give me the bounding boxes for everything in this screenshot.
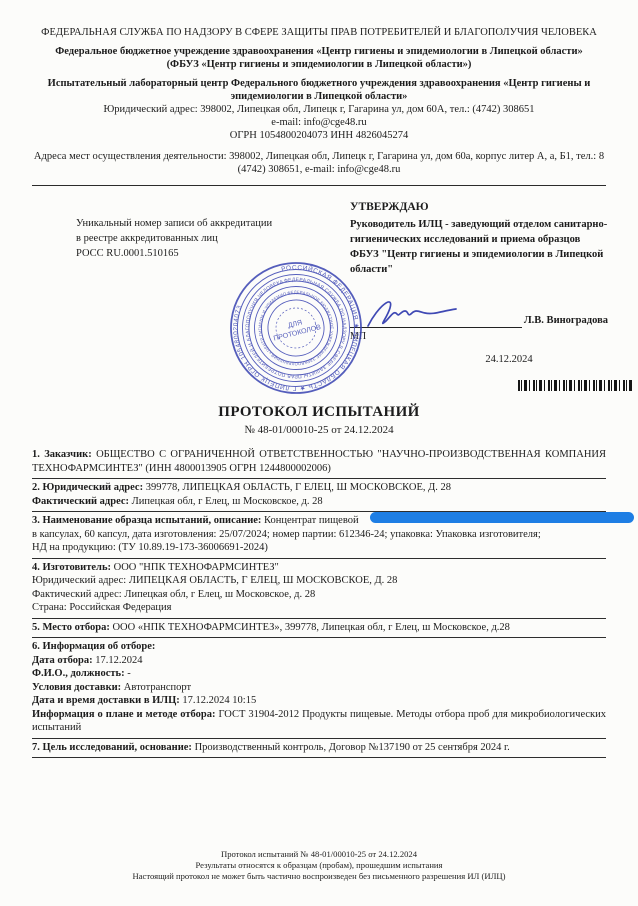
section3-nd-line: НД на продукцию: (ТУ 10.89.19-173-360066… [32,541,606,555]
section4-fact-label: Фактический адрес: [32,589,122,600]
section4-legal-label: Юридический адрес: [32,575,126,586]
section7-text: Производственный контроль, Договор №1371… [195,742,510,753]
section4-label: 4. Изготовитель: [32,562,111,573]
delivery-conditions-value: Автотранспорт [124,682,191,693]
document-number: № 48-01/00010-25 от 24.12.2024 [32,424,606,436]
section-sampling-info: 6. Информация об отборе: Дата отбора: 17… [32,638,606,739]
section4-fact-text: Липецкая обл, г Елец, ш Московское, д. 2… [124,589,315,600]
section1-label: 1. Заказчик: [32,449,92,460]
accreditation-block: Уникальный номер записи об аккредитации … [76,216,346,261]
section-legal-address: 2. Юридический адрес: 399778, ЛИПЕЦКАЯ О… [32,479,606,512]
activity-addresses: Адреса мест осуществления деятельности: … [32,150,606,176]
protocol-document-page: ФЕДЕРАЛЬНАЯ СЛУЖБА ПО НАДЗОРУ В СФЕРЕ ЗА… [0,0,638,906]
section3-text-before: Концентрат пищевой [264,515,359,526]
section4-legal-text: ЛИПЕЦКАЯ ОБЛАСТЬ, Г ЕЛЕЦ, Ш МОСКОВСКОЕ, … [129,575,398,586]
section6-label: 6. Информация об отборе: [32,641,155,652]
approval-date: 24.12.2024 [410,352,608,367]
agency-name: ФЕДЕРАЛЬНАЯ СЛУЖБА ПО НАДЗОРУ В СФЕРЕ ЗА… [32,26,606,39]
section2-fact-text: Липецкая обл, г Елец, ш Московское, д. 2… [132,496,323,507]
section4-country-label: Страна: [32,602,67,613]
section4-text: ООО "НПК ТЕХНОФАРМСИНТЕЗ" [114,562,279,573]
section-purpose: 7. Цель исследований, основание: Произво… [32,739,606,759]
fio-label: Ф.И.О., должность: [32,668,125,679]
signer-name: Л.В. Виноградова [522,313,608,328]
approval-position: Руководитель ИЛЦ - заведующий отделом са… [350,217,608,277]
signature-scrawl-icon [364,294,460,334]
redaction-box [370,512,634,523]
section3-label: 3. Наименование образца испытаний, описа… [32,515,261,526]
delivery-conditions-label: Условия доставки: [32,682,121,693]
document-title: ПРОТОКОЛ ИСПЫТАНИЙ [32,404,606,421]
sampling-method-label: Информация о плане и методе отбора: [32,709,216,720]
accreditation-line2: в реестре аккредитованных лиц [76,231,346,246]
delivery-datetime-value: 17.12.2024 10:15 [182,695,256,706]
approval-block: УТВЕРЖДАЮ Руководитель ИЛЦ - заведующий … [350,200,608,367]
ogrn-inn: ОГРН 1054800204073 ИНН 4826045274 [32,129,606,142]
sampling-date-label: Дата отбора: [32,655,93,666]
section7-label: 7. Цель исследований, основание: [32,742,192,753]
legal-address: Юридический адрес: 398002, Липецкая обл,… [32,103,606,116]
approval-title: УТВЕРЖДАЮ [350,200,608,215]
accreditation-line1: Уникальный номер записи об аккредитации [76,216,346,231]
ilc-name: Испытательный лабораторный центр Федерал… [32,77,606,103]
approval-zone: Уникальный номер записи об аккредитации … [32,186,606,398]
footer-protocol-number: Протокол испытаний № 48-01/00010-25 от 2… [0,849,638,860]
signature-row: Л.В. Виноградова [350,301,608,328]
section5-text: ООО «НПК ТЕХНОФАРМСИНТЕЗ», 399778, Липец… [112,622,509,633]
footer-reproduction-note: Настоящий протокол не может быть частичн… [0,871,638,882]
section-sampling-place: 5. Место отбора: ООО «НПК ТЕХНОФАРМСИНТЕ… [32,619,606,639]
section5-label: 5. Место отбора: [32,622,110,633]
section2-label: 2. Юридический адрес: [32,482,143,493]
section1-text: ОБЩЕСТВО С ОГРАНИЧЕННОЙ ОТВЕТСТВЕННОСТЬЮ… [32,449,606,474]
section-customer: 1. Заказчик: ОБЩЕСТВО С ОГРАНИЧЕННОЙ ОТВ… [32,446,606,479]
section2-text: 399778, ЛИПЕЦКАЯ ОБЛАСТЬ, Г ЕЛЕЦ, Ш МОСК… [146,482,451,493]
ilc-block: Испытательный лабораторный центр Федерал… [32,77,606,142]
organization-abbr-name: (ФБУЗ «Центр гигиены и эпидемиологии в Л… [32,58,606,71]
email: e-mail: info@cge48.ru [32,116,606,129]
section2-fact-label: Фактический адрес: [32,496,129,507]
barcode [518,380,633,391]
sampling-date-value: 17.12.2024 [95,655,142,666]
section4-country-text: Российская Федерация [69,602,171,613]
footer-results-note: Результаты относятся к образцам (пробам)… [0,860,638,871]
section-manufacturer: 4. Изготовитель: ООО "НПК ТЕХНОФАРМСИНТЕ… [32,559,606,619]
section3-text-after: в капсулах, 60 капсул, дата изготовления… [32,529,541,540]
signature-line [350,301,522,328]
page-footer: Протокол испытаний № 48-01/00010-25 от 2… [0,849,638,882]
delivery-datetime-label: Дата и время доставки в ИЛЦ: [32,695,180,706]
organization-full-name: Федеральное бюджетное учреждение здравоо… [32,45,606,58]
round-stamp-icon: РОССИЙСКАЯ ФЕДЕРАЦИЯ ★ ЛИПЕЦКАЯ ОБЛАСТЬ … [226,258,366,398]
section-sample: 3. Наименование образца испытаний, описа… [32,512,606,559]
letterhead: ФЕДЕРАЛЬНАЯ СЛУЖБА ПО НАДЗОРУ В СФЕРЕ ЗА… [32,26,606,176]
fio-value: - [127,668,131,679]
organization-block: Федеральное бюджетное учреждение здравоо… [32,45,606,71]
